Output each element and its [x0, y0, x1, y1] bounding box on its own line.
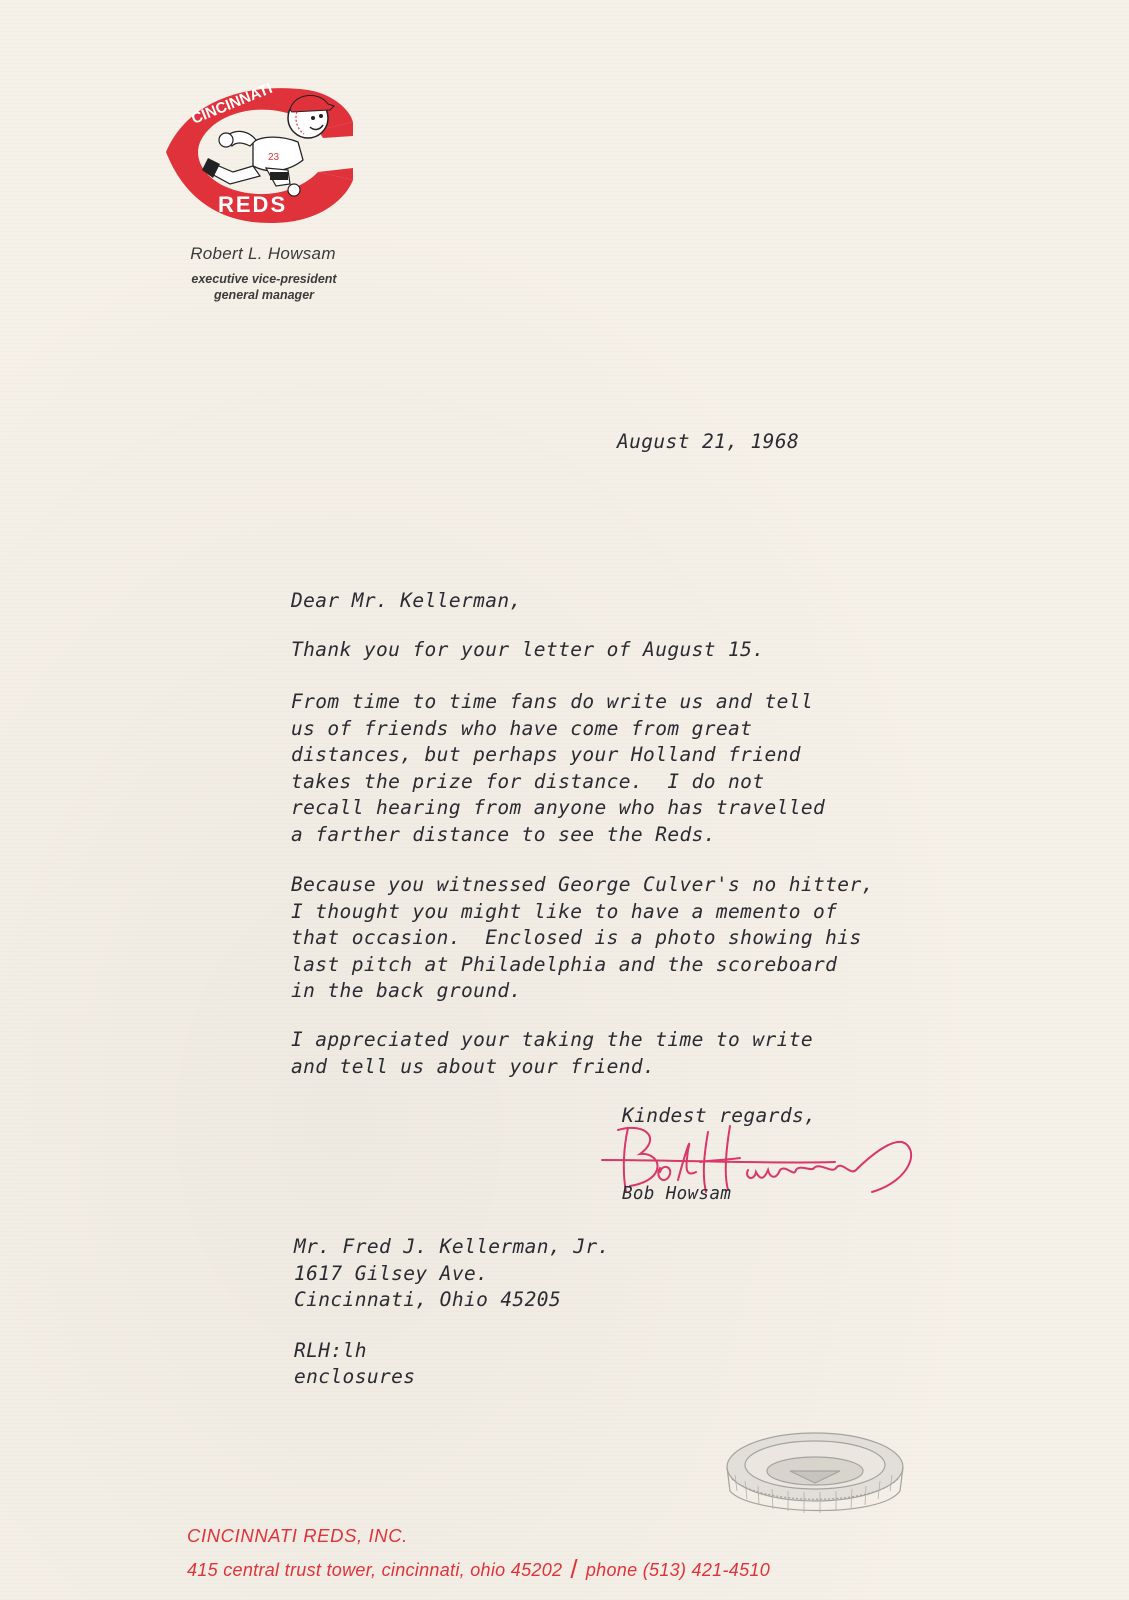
svg-text:REDS: REDS [218, 192, 287, 217]
footer-separator: / [570, 1554, 578, 1584]
svg-text:23: 23 [268, 152, 280, 163]
paragraph-4: I appreciated your taking the time to wr… [291, 1027, 813, 1080]
letter-date: August 21, 1968 [617, 429, 799, 456]
sender-name: Robert L. Howsam [168, 244, 358, 264]
reference-initials: RLH:lh [294, 1338, 367, 1365]
footer-phone: phone (513) 421-4510 [586, 1560, 770, 1580]
paragraph-2: From time to time fans do write us and t… [291, 689, 825, 848]
recipient-address: Mr. Fred J. Kellerman, Jr. 1617 Gilsey A… [294, 1234, 610, 1314]
stadium-icon [720, 1425, 910, 1525]
salutation: Dear Mr. Kellerman, [291, 588, 522, 615]
footer-company: CINCINNATI REDS, INC. [187, 1525, 408, 1547]
reds-logo-icon: CINCINNATI REDS 23 [158, 80, 358, 225]
sender-title-line2: general manager [160, 288, 368, 302]
signer-typed-name: Bob Howsam [622, 1181, 731, 1208]
enclosure-note: enclosures [294, 1364, 415, 1391]
sender-title-line1: executive vice-president [160, 272, 368, 286]
footer-contact: 415 central trust tower, cincinnati, ohi… [187, 1552, 770, 1583]
footer-address: 415 central trust tower, cincinnati, ohi… [187, 1560, 562, 1580]
paragraph-3: Because you witnessed George Culver's no… [291, 872, 874, 1005]
paragraph-1: Thank you for your letter of August 15. [291, 637, 764, 664]
